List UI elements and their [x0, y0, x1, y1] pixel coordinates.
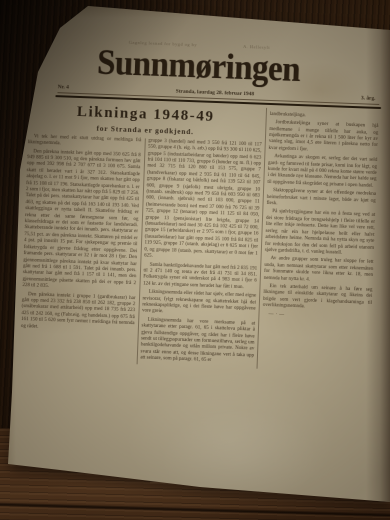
- photo-scene: Gagnleg lesnad for bygd og by A. Hellesy…: [0, 0, 390, 520]
- column-3: landbruksteljinga. Jordbruksteljinga syn…: [261, 112, 379, 373]
- column-1: Vi tek her med eit stutt utdrag or meldi…: [20, 134, 142, 364]
- paragraph: Av andre grupper som truleg har sloppe f…: [264, 256, 374, 286]
- issue-number: Nr. 4: [58, 84, 69, 90]
- paragraph: Jordbruksteljinga syner at buskapen hjå …: [268, 120, 378, 156]
- paragraph: Avkastinga av skogen er, serleg der det …: [267, 154, 377, 190]
- newspaper-wrap: Gagnleg lesnad for bygd og by A. Hellesy…: [0, 0, 390, 520]
- paragraph: Samla banktilgodehavande har gått ned fr…: [143, 262, 257, 292]
- dateline-text: Stranda, laurdag 28. februar 1948: [176, 89, 255, 98]
- article-columns: Likninga 1948-49 for Stranda er godkjend…: [20, 99, 379, 372]
- newspaper-content: Gagnleg lesnad for bygd og by A. Hellesy…: [0, 23, 386, 510]
- paragraph: Den pårekna inntekt i gruppe 1 (gardbruk…: [21, 292, 136, 335]
- paragraph: På sjølvbyrgjingane har ein no å festa s…: [265, 209, 376, 258]
- paragraph: Likningsnemnda eller rådet har sjølv, el…: [142, 290, 256, 320]
- article-end-mark: —·—: [262, 311, 371, 321]
- paragraph: Slaktoppgåvene syner at det offentlege m…: [266, 188, 376, 211]
- paragraph: Likningsnemnda har vore merksame på at s…: [140, 317, 255, 366]
- column-2: gruppe 3 (handel) ned med 3 550 frå 121 …: [140, 138, 262, 368]
- newspaper-page: Gagnleg lesnad for bygd og by A. Hellesy…: [0, 0, 390, 520]
- volume-number: 3. årg.: [361, 95, 376, 102]
- paragraph: gruppe 3 (handel) ned med 3 550 frå 121 …: [144, 138, 262, 264]
- article-main-block: Likninga 1948-49 for Stranda er godkjend…: [20, 99, 263, 368]
- paragraph: Ein tek atterhald um seinare å ha føre s…: [263, 284, 373, 314]
- paragraph: Vi tek her med eit stutt utdrag or meldi…: [27, 134, 141, 151]
- paragraph: Den pårekna inntekt hev gått opp med 350…: [22, 149, 141, 294]
